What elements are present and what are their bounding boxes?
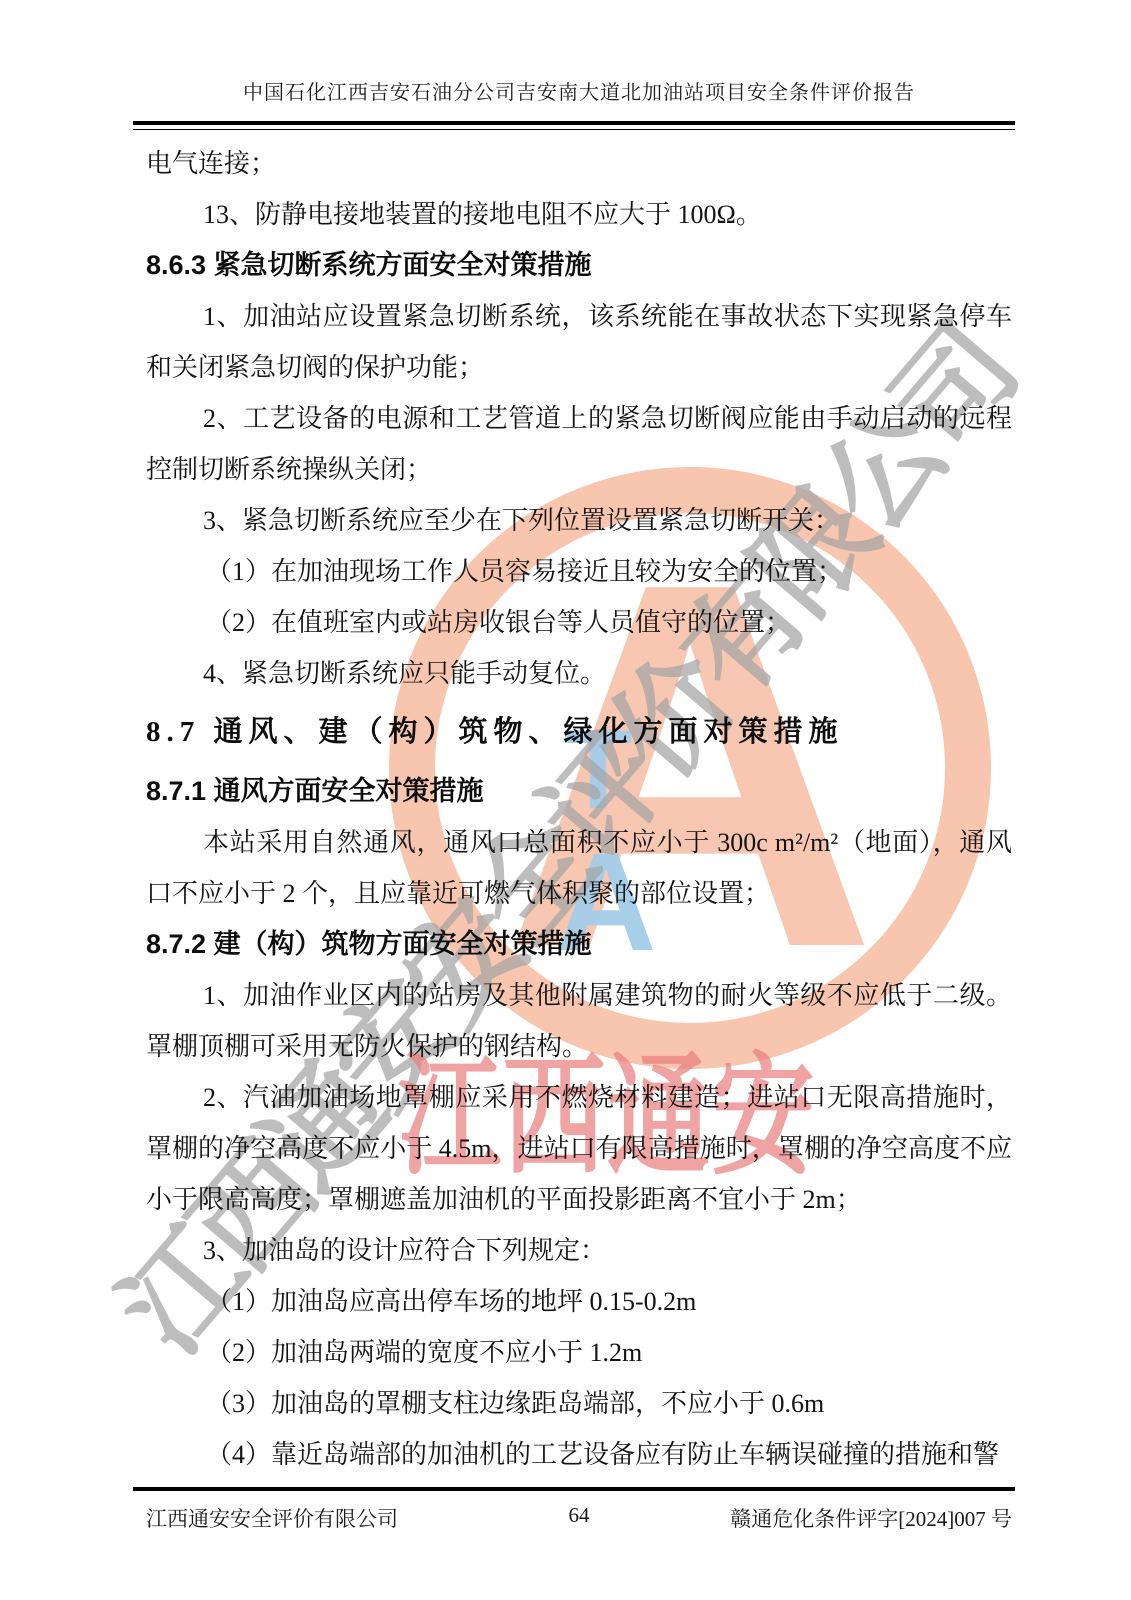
paragraph: 1、加油作业区内的站房及其他附属建筑物的耐火等级不应低于二级。罩棚顶棚可采用无防… xyxy=(146,970,1012,1072)
report-page: A T A 江西通安安全评价有限公司 江西通安 中国石化江西吉安石油分公司吉安南… xyxy=(0,0,1131,1600)
paragraph: 1、加油站应设置紧急切断系统，该系统能在事故状态下实现紧急停车和关闭紧急切阀的保… xyxy=(146,291,1012,393)
paragraph: 3、加油岛的设计应符合下列规定： xyxy=(146,1225,1012,1276)
page-header-title: 中国石化江西吉安石油分公司吉安南大道北加油站项目安全条件评价报告 xyxy=(146,76,1012,105)
paragraph: 本站采用自然通风，通风口总面积不应小于 300c m²/m²（地面），通风口不应… xyxy=(146,817,1012,919)
header-divider xyxy=(133,121,1015,125)
paragraph: （3）加油岛的罩棚支柱边缘距岛端部，不应小于 0.6m xyxy=(146,1378,1012,1429)
header-divider-thin xyxy=(133,129,1015,130)
paragraph: 13、防静电接地装置的接地电阻不应大于 100Ω。 xyxy=(146,189,1012,240)
section-heading: 8.6.3 紧急切断系统方面安全对策措施 xyxy=(146,240,1012,291)
document-content: 中国石化江西吉安石油分公司吉安南大道北加油站项目安全条件评价报告 电气连接；13… xyxy=(0,0,1131,1600)
section-heading: 8.7.2 建（构）筑物方面安全对策措施 xyxy=(146,919,1012,970)
paragraph: 4、紧急切断系统应只能手动复位。 xyxy=(146,648,1012,699)
paragraph: 2、工艺设备的电源和工艺管道上的紧急切断阀应能由手动启动的远程控制切断系统操纵关… xyxy=(146,393,1012,495)
paragraph: 电气连接； xyxy=(146,138,1012,189)
document-body: 电气连接；13、防静电接地装置的接地电阻不应大于 100Ω。8.6.3 紧急切断… xyxy=(146,138,1012,1480)
paragraph: （2）加油岛两端的宽度不应小于 1.2m xyxy=(146,1327,1012,1378)
footer-doc-number: 赣通危化条件评字[2024]007 号 xyxy=(730,1503,1012,1533)
paragraph: （2）在值班室内或站房收银台等人员值守的位置； xyxy=(146,597,1012,648)
section-heading: 8.7.1 通风方面安全对策措施 xyxy=(146,766,1012,817)
paragraph: 3、紧急切断系统应至少在下列位置设置紧急切断开关： xyxy=(146,495,1012,546)
paragraph: （1）加油岛应高出停车场的地坪 0.15-0.2m xyxy=(146,1276,1012,1327)
paragraph: （1）在加油现场工作人员容易接近且较为安全的位置； xyxy=(146,546,1012,597)
footer-divider xyxy=(133,1487,1015,1491)
paragraph: 2、汽油加油场地罩棚应采用不燃烧材料建造；进站口无限高措施时，罩棚的净空高度不应… xyxy=(146,1072,1012,1225)
page-footer: 江西通安安全评价有限公司 64 赣通危化条件评字[2024]007 号 xyxy=(146,1503,1012,1537)
paragraph: （4）靠近岛端部的加油机的工艺设备应有防止车辆误碰撞的措施和警 xyxy=(146,1429,1012,1480)
section-heading: 8.7 通风、建（构）筑物、绿化方面对策措施 xyxy=(146,707,1012,758)
